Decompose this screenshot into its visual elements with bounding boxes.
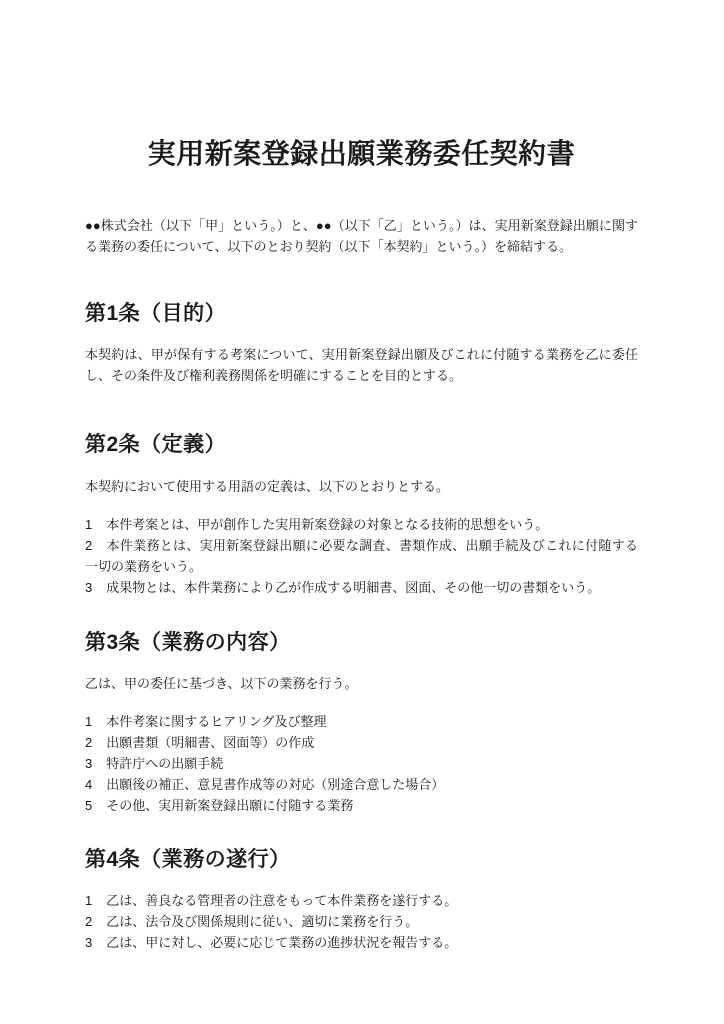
- list-item: 5その他、実用新案登録出願に付随する業務: [85, 795, 638, 816]
- item-text: 出願後の補正、意見書作成等の対応（別途合意した場合）: [106, 777, 444, 792]
- item-number: 1: [85, 893, 92, 908]
- item-text: 出願書類（明細書、図面等）の作成: [106, 735, 314, 750]
- list-item: 1乙は、善良なる管理者の注意をもって本件業務を遂行する。: [85, 890, 638, 911]
- item-text: その他、実用新案登録出願に付随する業務: [106, 798, 353, 813]
- item-text: 本件考案に関するヒアリング及び整理: [106, 714, 326, 729]
- item-number: 3: [85, 756, 92, 771]
- item-number: 1: [85, 517, 92, 532]
- article-2-items: 1本件考案とは、甲が創作した実用新案登録の対象となる技術的思想をいう。 2本件業…: [85, 514, 638, 598]
- article-2-body: 本契約において使用する用語の定義は、以下のとおりとする。: [85, 476, 638, 497]
- article-2-heading: 第2条（定義）: [85, 432, 638, 458]
- document-title: 実用新案登録出願業務委任契約書: [85, 137, 638, 171]
- article-1-body: 本契約は、甲が保有する考案について、実用新案登録出願及びこれに付随する業務を乙に…: [85, 344, 638, 386]
- section-article-2: 第2条（定義） 本契約において使用する用語の定義は、以下のとおりとする。 1本件…: [85, 432, 638, 597]
- article-1-heading: 第1条（目的）: [85, 301, 638, 327]
- section-article-4: 第4条（業務の遂行） 1乙は、善良なる管理者の注意をもって本件業務を遂行する。 …: [85, 847, 638, 953]
- list-item: 2乙は、法令及び関係規則に従い、適切に業務を行う。: [85, 911, 638, 932]
- list-item: 2出願書類（明細書、図面等）の作成: [85, 732, 638, 753]
- item-text: 乙は、甲に対し、必要に応じて業務の進捗状況を報告する。: [106, 935, 457, 950]
- item-number: 5: [85, 798, 92, 813]
- section-article-1: 第1条（目的） 本契約は、甲が保有する考案について、実用新案登録出願及びこれに付…: [85, 301, 638, 386]
- item-number: 4: [85, 777, 92, 792]
- article-3-heading: 第3条（業務の内容）: [85, 630, 638, 656]
- list-item: 4出願後の補正、意見書作成等の対応（別途合意した場合）: [85, 774, 638, 795]
- item-number: 2: [85, 538, 92, 553]
- item-number: 3: [85, 580, 92, 595]
- contract-document-page: 実用新案登録出願業務委任契約書 ●●株式会社（以下「甲」という。）と、●●（以下…: [0, 0, 724, 1024]
- list-item: 3特許庁への出願手続: [85, 753, 638, 774]
- item-text: 成果物とは、本件業務により乙が作成する明細書、図面、その他一切の書類をいう。: [106, 580, 600, 595]
- intro-paragraph: ●●株式会社（以下「甲」という。）と、●●（以下「乙」という。）は、実用新案登録…: [85, 215, 638, 257]
- list-item: 3乙は、甲に対し、必要に応じて業務の進捗状況を報告する。: [85, 932, 638, 953]
- item-text: 特許庁への出願手続: [106, 756, 223, 771]
- article-4-heading: 第4条（業務の遂行）: [85, 847, 638, 873]
- list-item: 1本件考案とは、甲が創作した実用新案登録の対象となる技術的思想をいう。: [85, 514, 638, 535]
- article-3-body: 乙は、甲の委任に基づき、以下の業務を行う。: [85, 673, 638, 694]
- item-text: 乙は、善良なる管理者の注意をもって本件業務を遂行する。: [106, 893, 457, 908]
- item-text: 本件業務とは、実用新案登録出願に必要な調査、書類作成、出願手続及びこれに付随する…: [85, 538, 638, 574]
- list-item: 3成果物とは、本件業務により乙が作成する明細書、図面、その他一切の書類をいう。: [85, 577, 638, 598]
- item-number: 3: [85, 935, 92, 950]
- item-number: 1: [85, 714, 92, 729]
- section-article-3: 第3条（業務の内容） 乙は、甲の委任に基づき、以下の業務を行う。 1本件考案に関…: [85, 630, 638, 816]
- list-item: 1本件考案に関するヒアリング及び整理: [85, 711, 638, 732]
- item-number: 2: [85, 914, 92, 929]
- article-4-items: 1乙は、善良なる管理者の注意をもって本件業務を遂行する。 2乙は、法令及び関係規…: [85, 890, 638, 953]
- item-text: 本件考案とは、甲が創作した実用新案登録の対象となる技術的思想をいう。: [106, 517, 548, 532]
- article-3-items: 1本件考案に関するヒアリング及び整理 2出願書類（明細書、図面等）の作成 3特許…: [85, 711, 638, 816]
- list-item: 2本件業務とは、実用新案登録出願に必要な調査、書類作成、出願手続及びこれに付随す…: [85, 535, 638, 577]
- item-number: 2: [85, 735, 92, 750]
- item-text: 乙は、法令及び関係規則に従い、適切に業務を行う。: [106, 914, 418, 929]
